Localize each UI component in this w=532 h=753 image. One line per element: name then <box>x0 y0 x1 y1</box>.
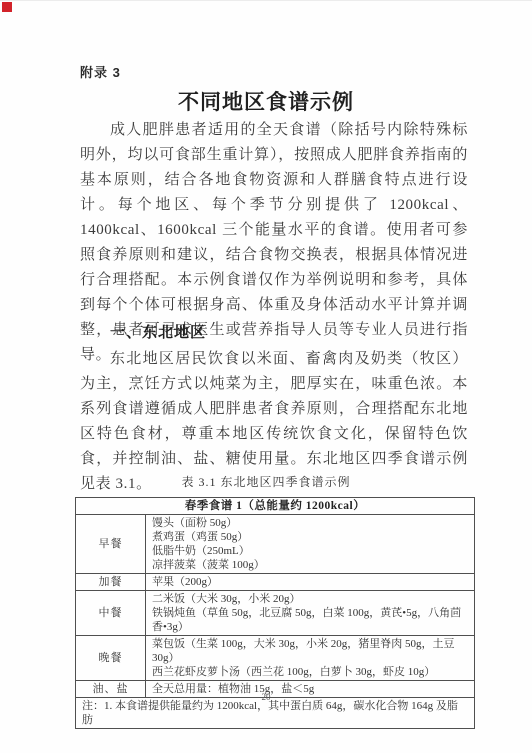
table-header-row: 春季食谱 1（总能量约 1200kcal） <box>76 498 475 515</box>
meal-label-breakfast: 早餐 <box>76 515 146 574</box>
meal-item: 煮鸡蛋（鸡蛋 50g） <box>152 530 468 544</box>
table-row: 早餐 馒头（面粉 50g） 煮鸡蛋（鸡蛋 50g） 低脂牛奶（250mL） 凉拌… <box>76 515 475 574</box>
meal-content-dinner: 菜包饭（生菜 100g，大米 30g，小米 20g，猪里脊肉 50g，土豆 30… <box>146 636 475 681</box>
meal-item: 苹果（200g） <box>152 575 468 589</box>
meal-content-lunch: 二米饭（大米 30g，小米 20g） 铁锅炖鱼（草鱼 50g，北豆腐 50g，白… <box>146 591 475 636</box>
meal-item: 馒头（面粉 50g） <box>152 516 468 530</box>
meal-item: 铁锅炖鱼（草鱼 50g，北豆腐 50g，白菜 100g，黄芪•5g，八角茴香•3… <box>152 606 468 634</box>
table-caption: 表 3.1 东北地区四季食谱示例 <box>0 473 532 490</box>
red-corner-marker <box>2 2 12 12</box>
meal-label-lunch: 中餐 <box>76 591 146 636</box>
meal-item: 西兰花虾皮萝卜汤（西兰花 100g，白萝卜 30g，虾皮 10g） <box>152 665 468 679</box>
meal-content-breakfast: 馒头（面粉 50g） 煮鸡蛋（鸡蛋 50g） 低脂牛奶（250mL） 凉拌菠菜（… <box>146 515 475 574</box>
meal-label-dinner: 晚餐 <box>76 636 146 681</box>
meal-label-snack: 加餐 <box>76 574 146 591</box>
table-header: 春季食谱 1（总能量约 1200kcal） <box>76 498 475 515</box>
meal-item: 二米饭（大米 30g，小米 20g） <box>152 592 468 606</box>
page-number: 20 <box>0 692 532 702</box>
page-title: 不同地区食谱示例 <box>0 86 532 116</box>
table-footnote: 注：1. 本食谱提供能量约为 1200kcal，其中蛋白质 64g，碳水化合物 … <box>76 698 475 729</box>
appendix-label: 附录 3 <box>80 62 121 81</box>
meal-item: 菜包饭（生菜 100g，大米 30g，小米 20g，猪里脊肉 50g，土豆 30… <box>152 637 468 665</box>
table-row: 加餐 苹果（200g） <box>76 574 475 591</box>
table-footnote-row: 注：1. 本食谱提供能量约为 1200kcal，其中蛋白质 64g，碳水化合物 … <box>76 698 475 729</box>
meal-item: 凉拌菠菜（菠菜 100g） <box>152 558 468 572</box>
document-page: 附录 3 不同地区食谱示例 成人肥胖患者适用的全天食谱（除括号内除特殊标明外，均… <box>0 0 532 753</box>
section-heading: 一、东北地区 <box>80 320 498 345</box>
table-row: 晚餐 菜包饭（生菜 100g，大米 30g，小米 20g，猪里脊肉 50g，土豆… <box>76 636 475 681</box>
meal-item: 低脂牛奶（250mL） <box>152 544 468 558</box>
table-row: 中餐 二米饭（大米 30g，小米 20g） 铁锅炖鱼（草鱼 50g，北豆腐 50… <box>76 591 475 636</box>
meal-content-snack: 苹果（200g） <box>146 574 475 591</box>
